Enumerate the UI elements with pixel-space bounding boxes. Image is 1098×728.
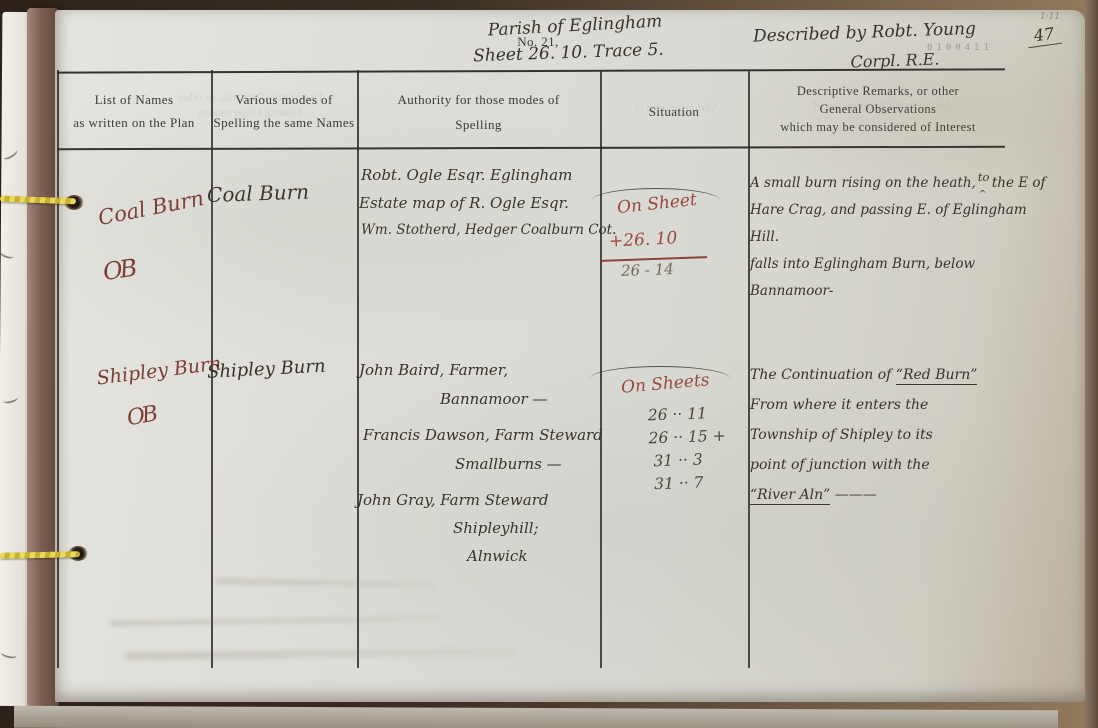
table-vertical-rule: [57, 70, 59, 668]
sheet-ref: 31 ·· 3: [649, 448, 727, 474]
row-0-remarks: A small burn rising on the heath,to^the …: [750, 170, 1058, 305]
header-sheet-trace: Sheet 26. 10. Trace 5.: [421, 38, 717, 68]
row-1-remarks-line: From where it enters the: [750, 390, 1068, 420]
remarks-text: the E of: [992, 175, 1046, 191]
row-0-remarks-line: Hare Crag, and passing E. of Eglingham H…: [750, 197, 1058, 251]
embossed-stamp: 0100411: [927, 43, 993, 53]
remarks-text: ———: [835, 487, 877, 503]
row-1-authority-line: John Baird, Farmer,: [359, 361, 508, 379]
row-0-surveyor-monogram: OB: [101, 254, 136, 286]
remarks-text-underlined: “Red Burn”: [896, 367, 978, 385]
row-1-remarks-line: The Continuation of “Red Burn”: [750, 360, 1068, 390]
col-header-authority: Authority for those modes of Spelling: [357, 92, 600, 133]
col-header-names: List of Names as written on the Plan: [57, 92, 211, 131]
row-0-remarks-line: A small burn rising on the heath,to^the …: [750, 170, 1058, 197]
col-header-line: Spelling the same Names: [211, 115, 357, 131]
col-header-situation: Situation: [600, 104, 748, 120]
row-1-authority-line: Shipleyhill;: [453, 519, 539, 537]
table-header-rule: [57, 146, 1005, 150]
row-1-authority-line: Bannamoor —: [440, 390, 547, 408]
col-header-line: Spelling: [357, 117, 600, 133]
row-0-authority-line: Robt. Ogle Esqr. Eglingham: [361, 166, 572, 184]
row-1-remarks-line: “River Aln” ———: [750, 480, 1068, 510]
col-header-line: which may be considered of Interest: [748, 120, 1008, 135]
row-1-authority-line: John Gray, Farm Steward: [357, 491, 548, 509]
row-0-authority-line: Wm. Stotherd, Hedger Coalburn Cot.: [361, 222, 616, 238]
row-0-remarks-line: falls into Eglingham Burn, below Bannamo…: [750, 251, 1058, 305]
col-header-line: Descriptive Remarks, or other: [748, 84, 1008, 99]
sheet-ref: 31 ·· 7: [650, 471, 728, 497]
row-1-remarks: The Continuation of “Red Burn” From wher…: [750, 360, 1068, 510]
row-1-remarks-line: Township of Shipley to its: [750, 420, 1068, 450]
row-0-situation-sheet: +26. 10: [609, 228, 678, 252]
bleed-through-smudge: [215, 578, 435, 588]
remarks-text: The Continuation of: [750, 367, 891, 383]
pages-below-edge: [14, 706, 1058, 728]
col-header-line: as written on the Plan: [57, 115, 211, 131]
row-1-authority-line: Alnwick: [467, 547, 527, 565]
row-0-situation-alt: 26 - 14: [621, 260, 674, 280]
sheet-ref: 26 ·· 15 +: [648, 425, 726, 451]
row-1-remarks-line: point of junction with the: [750, 450, 1068, 480]
col-header-line: General Observations: [748, 102, 1008, 117]
bleed-through-smudge: [125, 648, 515, 660]
record-page: Parish of Eglingham No. 21, Sheet 26. 10…: [55, 10, 1085, 702]
col-header-line: Authority for those modes of: [357, 92, 600, 108]
remarks-text-underlined: “River Aln”: [750, 487, 830, 505]
col-header-line: Various modes of: [211, 92, 357, 108]
book-cover-edge: [1084, 0, 1098, 728]
row-1-surveyor-monogram: OB: [125, 402, 157, 432]
bleed-through-smudge: [110, 615, 440, 627]
corner-note: 1·11: [1040, 12, 1060, 22]
row-1-authority-line: Francis Dawson, Farm Steward: [363, 426, 603, 444]
col-header-remarks: Descriptive Remarks, or other General Ob…: [748, 84, 1008, 135]
row-0-spelling: Coal Burn: [207, 177, 383, 207]
col-header-line: Situation: [600, 104, 748, 120]
caret-mark: ^: [979, 182, 987, 209]
table-vertical-rule: [600, 70, 602, 668]
name-book-photo: Parish of Eglingham No. 21, Sheet 26. 10…: [0, 0, 1098, 728]
remarks-text: A small burn rising on the heath,: [750, 175, 976, 191]
row-1-situation-sheets: 26 ·· 11 26 ·· 15 + 31 ·· 3 31 ·· 7: [647, 402, 727, 497]
row-1-authority-line: Smallburns —: [455, 455, 562, 473]
page-number: 47: [1026, 23, 1063, 49]
col-header-spelling-modes: Various modes of Spelling the same Names: [211, 92, 357, 131]
sheet-ref: 26 ·· 11: [647, 402, 725, 428]
row-0-authority-line: Estate map of R. Ogle Esqr.: [359, 194, 569, 212]
insertion-mark: to^: [976, 177, 992, 187]
col-header-line: List of Names: [57, 92, 211, 108]
